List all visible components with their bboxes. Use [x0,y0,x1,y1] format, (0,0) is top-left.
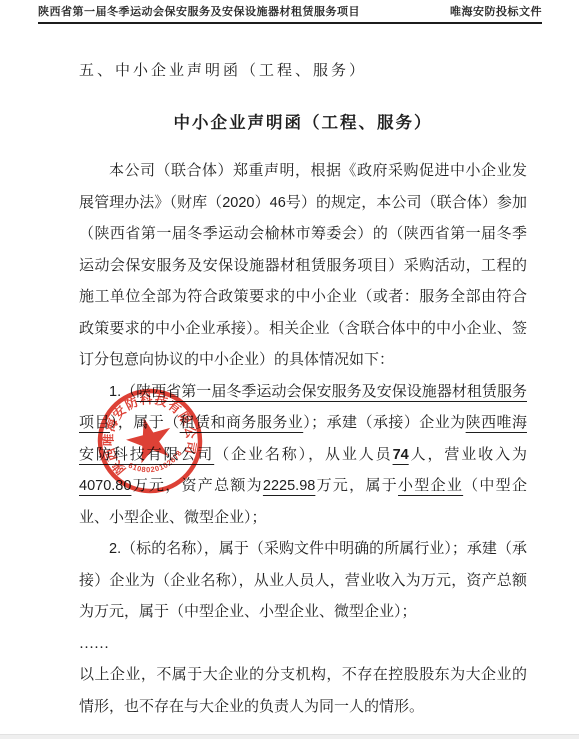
declaration-paragraph: 本公司（联合体）郑重声明，根据《政府采购促进中小企业发展管理办法》（财库（202… [79,156,527,377]
text-segment: 46 [270,195,286,211]
closing-paragraph: 以上企业，不属于大企业的分支机构，不存在控股股东为大企业的情形，也不存在与大企业… [79,660,527,723]
text-segment: 小型企业 [398,478,463,494]
text-segment: ）；承建（承接）企业为 [303,415,465,431]
text-segment: 4070.80 [79,478,131,494]
page-bottom-edge [0,734,579,739]
section-heading: 五、中小企业声明函（工程、服务） [79,59,527,80]
text-segment: （ [121,384,136,400]
text-segment: 号）的规定，本公司（联合体）参加（陕西省第一届冬季运动会榆林市筹委会）的（陕西省… [79,195,527,369]
text-segment: 1. [109,384,121,400]
text-segment: ），属于（ [110,415,180,431]
text-segment: ） [255,195,270,211]
text-segment: 租赁和商务服务业 [180,415,304,431]
text-segment: （企业名称），从业人员 [214,447,392,463]
text-segment: 2020 [222,195,254,211]
text-segment: 74 [393,447,409,463]
body-text: 本公司（联合体）郑重声明，根据《政府采购促进中小企业发展管理办法》（财库（202… [79,156,527,723]
text-segment: 万元，属于 [315,478,398,494]
enterprise-item-2: 2.（标的名称），属于（采购文件中明确的所属行业）；承建（承接）企业为（企业名称… [79,534,527,629]
document-body: 五、中小企业声明函（工程、服务） 中小企业声明函（工程、服务） 本公司（联合体）… [79,0,527,723]
text-segment: 以上企业，不属于大企业的分支机构，不存在控股股东为大企业的情形，也不存在与大企业… [79,667,527,715]
ellipsis-line: …… [79,629,527,661]
text-segment: 万元，资产总额为 [131,478,263,494]
text-segment: （标的名称），属于（采购文件中明确的所属行业）；承建（承接）企业为（企业名称），… [79,541,527,620]
text-segment: …… [79,636,109,652]
document-page: 陕西省第一届冬季运动会保安服务及安保设施器材租赁服务项目 唯海安防投标文件 五、… [0,0,579,739]
text-segment: 2225.98 [263,478,315,494]
text-segment: 人，营业收入为 [409,447,527,463]
enterprise-item-1: 1.（陕西省第一届冬季运动会保安服务及安保设施器材租赁服务项目），属于（租赁和商… [79,377,527,535]
text-segment: 2. [109,541,121,557]
document-title: 中小企业声明函（工程、服务） [79,109,527,133]
